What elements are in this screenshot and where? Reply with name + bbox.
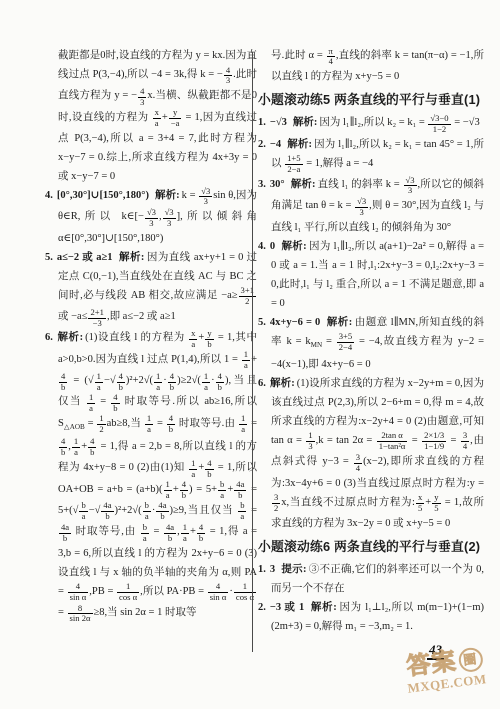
solution-label: 解析: <box>281 241 307 252</box>
section-heading-drill5: 小题滚动练5 两条直线的平行与垂直(1) <box>258 88 484 112</box>
solution-label: 解析: <box>293 117 318 128</box>
solution-item: 5.4x+y−6 = 0解析:由题意 l∥MN,所知直线的斜率 k = kMN … <box>258 313 484 374</box>
column-divider <box>252 52 253 652</box>
answer-text: 3 <box>270 564 275 575</box>
solution-label: 解析: <box>287 139 312 150</box>
problem-number: 6. <box>45 332 53 343</box>
problem-number: 2. <box>258 139 266 150</box>
solution-label: 解析: <box>270 378 295 389</box>
solution-continuation: 号.此时 α = π4,直线的斜率 k = tan(π−α) = −1,所以直线… <box>258 46 484 86</box>
answer-text: a≤−2 或 a≥1 <box>57 252 113 263</box>
scanned-answer-page: 截距都是0时,设直线的方程为 y = kx.因为直线过点 P(3,−4),所以 … <box>0 0 500 709</box>
solution-label: 解析: <box>155 190 180 201</box>
problem-number: 1. <box>258 564 266 575</box>
solution-item: 1.−√3解析:因为 l₁∥l₂,所以 k₂ = k₁ = √3−01−2 = … <box>258 113 484 134</box>
solution-label: 提示: <box>281 564 306 575</box>
watermark: 答案圈 MXQE.COM <box>386 643 500 699</box>
solution-item: 2.−3 或 1解析:因为 l₁⊥l₂,所以 m(m−1)+(1−m)(2m+3… <box>258 598 484 636</box>
problem-number: 4. <box>45 190 53 201</box>
right-column: 号.此时 α = π4,直线的斜率 k = tan(π−α) = −1,所以直线… <box>258 46 484 636</box>
solution-text: (1)设直线 l 的方程为 xa+yb = 1,其中 a>0,b>0.因为直线 … <box>58 332 257 618</box>
left-column: 截距都是0时,设直线的方程为 y = kx.因为直线过点 P(3,−4),所以 … <box>45 46 257 624</box>
solution-item: 3.30°解析:直线 l₁ 的斜率 k = √33,所以它的倾斜角满足 tan … <box>258 175 484 237</box>
solution-item: 6.解析:(1)设所求直线的方程为 x−2y+m = 0,因为该直线过点 P(2… <box>258 374 484 533</box>
solution-item: 4.0解析:因为 l₁∥l₂,所以 a(a+1)−2a² = 0,解得 a = … <box>258 237 484 313</box>
problem-number: 6. <box>258 378 266 389</box>
answer-text: −4 <box>270 139 281 150</box>
solution-item: 4.[0°,30°]∪[150°,180°)解析:k = √33sin θ,因为… <box>45 186 257 248</box>
answer-text: 0 <box>270 241 275 252</box>
solution-item: 1.3提示:③不正确,它们的斜率还可以一个为 0,而另一个不存在 <box>258 560 484 598</box>
section-heading-drill6: 小题滚动练6 两条直线的平行与垂直(2) <box>258 535 484 559</box>
problem-number: 5. <box>258 317 266 328</box>
answer-text: −√3 <box>270 117 287 128</box>
problem-number: 5. <box>45 252 53 263</box>
solution-label: 解析: <box>57 332 83 343</box>
problem-number: 4. <box>258 241 266 252</box>
solution-text: 因为 l₁∥l₂,所以 k₂ = k₁ = √3−01−2 = −√3 <box>319 117 479 128</box>
solution-label: 解析: <box>291 179 316 190</box>
solution-item: 6.解析:(1)设直线 l 的方程为 xa+yb = 1,其中 a>0,b>0.… <box>45 328 257 624</box>
solution-text: (1)设所求直线的方程为 x−2y+m = 0,因为该直线过点 P(2,3),所… <box>271 378 484 529</box>
answer-text: 4x+y−6 = 0 <box>270 317 320 328</box>
problem-number: 2. <box>258 602 266 613</box>
solution-label: 解析: <box>119 252 145 263</box>
solution-label: 解析: <box>310 602 337 613</box>
answer-text: 30° <box>270 179 285 190</box>
solution-item: 2.−4解析:因为 l₁∥l₂,所以 k₂ = k₁ = tan 45° = 1… <box>258 135 484 175</box>
solution-label: 解析: <box>326 317 352 328</box>
solution-item: 5.a≤−2 或 a≥1解析:因为直线 ax+y+1 = 0 过定点 C(0,−… <box>45 248 257 329</box>
problem-number: 1. <box>258 117 266 128</box>
problem-number: 3. <box>258 179 266 190</box>
answer-text: [0°,30°]∪[150°,180°) <box>57 190 149 201</box>
watermark-circle-icon: 圈 <box>457 647 484 674</box>
solution-text: 截距都是0时,设直线的方程为 y = kx.因为直线过点 P(3,−4),所以 … <box>58 50 257 182</box>
solution-text: 号.此时 α = π4,直线的斜率 k = tan(π−α) = −1,所以直线… <box>271 50 484 82</box>
solution-continuation: 截距都是0时,设直线的方程为 y = kx.因为直线过点 P(3,−4),所以 … <box>45 46 257 186</box>
answer-text: −3 或 1 <box>270 602 304 613</box>
